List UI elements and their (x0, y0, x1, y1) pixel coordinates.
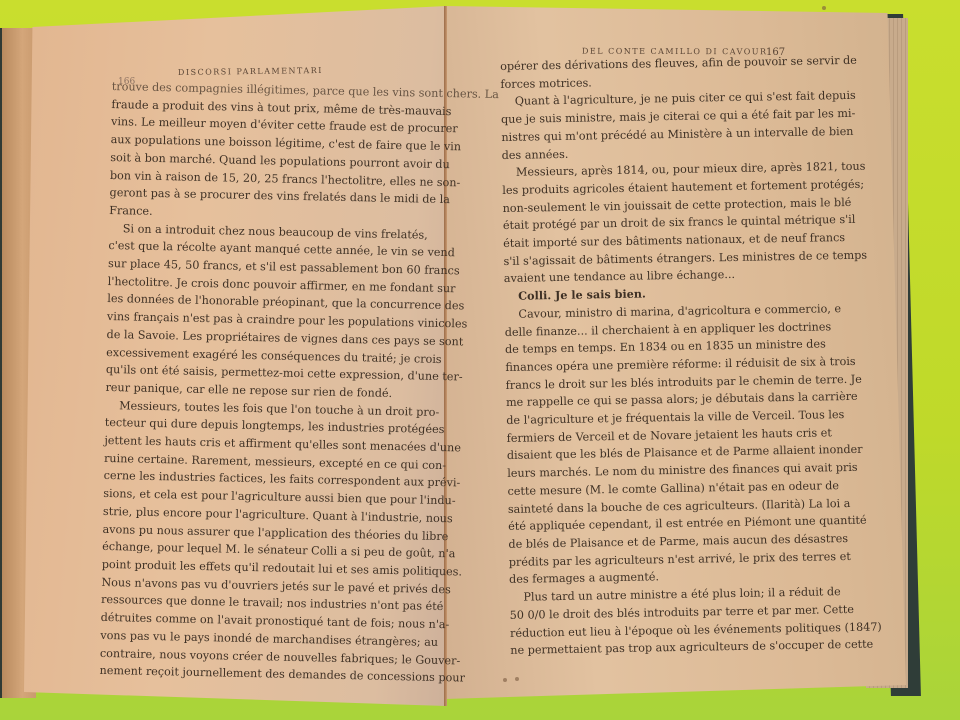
paper-spot (515, 677, 519, 681)
left-page-body: trouve des compagnies illégitimes, parce… (99, 78, 380, 685)
paper-spot (822, 6, 826, 10)
right-page-body: opérer des dérivations des fleuves, afin… (500, 53, 792, 660)
paper-spot (503, 678, 507, 682)
